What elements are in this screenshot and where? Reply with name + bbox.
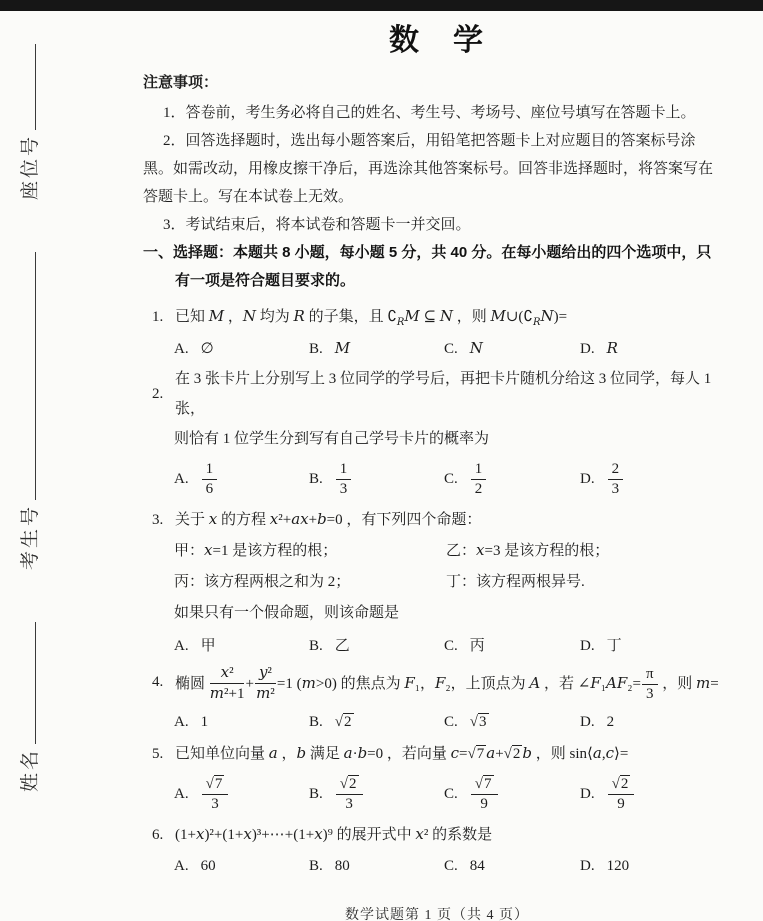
question-4-options: A.1 B.√2 C.√3 D.2 (174, 706, 731, 738)
question-2-stem-line2: 则恰有 1 位学生分到写有自己学号卡片的概率为 (174, 424, 489, 454)
notice-item-1: 1．答卷前，考生务必将自己的姓名、考生号、考场号、座位号填写在答题卡上。 (143, 99, 731, 127)
seat-number-field: 座位号 (18, 44, 44, 200)
option-b: B.乙 (309, 634, 444, 655)
question-2-number: 2. (152, 379, 175, 409)
question-3-propositions-row2: 丙：该方程两根之和为 2； 丁：该方程两根异号. (174, 567, 731, 598)
question-5-stem: 已知单位向量 a ，b 满足 a·b=0 ，若向量 c=√7a+√2b ，则 s… (175, 738, 628, 769)
question-1-number: 1. (152, 302, 175, 332)
question-5: 5.已知单位向量 a ，b 满足 a·b=0 ，若向量 c=√7a+√2b ，则… (143, 738, 731, 819)
option-c: C.N (444, 339, 580, 358)
question-3-closing: 如果只有一个假命题，则该命题是 (174, 598, 399, 628)
candidate-number-field: 考生号 (18, 252, 44, 570)
paper-content: 数 学 注意事项： 1．答卷前，考生务必将自己的姓名、考生号、考场号、座位号填写… (143, 13, 731, 921)
question-6-number: 6. (152, 820, 175, 850)
option-a: A.1 (174, 714, 309, 731)
question-3-number: 3. (152, 505, 175, 535)
option-d: D.R (580, 339, 731, 358)
question-3: 3.关于 x 的方程 x²+ax+b=0 ，有下列四个命题： 甲：x=1 是该方… (143, 504, 731, 660)
question-4: 4.椭圆 x²m²+1+y²m²=1 (m>0) 的焦点为 F₁，F₂，上顶点为… (143, 660, 731, 738)
question-2: 2.在 3 张卡片上分别写上 3 位同学的学号后，再把卡片随机分给这 3 位同学… (143, 364, 731, 504)
option-c: C.√3 (444, 714, 580, 731)
question-3-propositions-row1: 甲：x=1 是该方程的根； 乙：x=3 是该方程的根； (174, 535, 731, 567)
option-d: D.√29 (580, 776, 731, 811)
question-1: 1.已知 M ，N 均为 R 的子集，且 ∁RM ⊆ N ，则 M∪(∁RN)=… (143, 301, 731, 364)
option-a: A.16 (174, 461, 309, 496)
question-6-stem: (1+x)²+(1+x)³+⋯+(1+x)⁹ 的展开式中 x² 的系数是 (175, 819, 492, 850)
notice-item-2-line1: 2．回答选择题时，选出每小题答案后，用铅笔把答题卡上对应题目的答案标号涂 (143, 127, 731, 155)
question-4-stem: 椭圆 x²m²+1+y²m²=1 (m>0) 的焦点为 F₁，F₂，上顶点为 A… (175, 664, 719, 701)
top-rule (0, 0, 763, 11)
section-heading-line2: 有一项是符合题目要求的。 (143, 267, 731, 295)
option-d: D.120 (580, 858, 731, 875)
question-4-number: 4. (152, 674, 175, 691)
option-d: D.23 (580, 461, 731, 496)
seat-number-label: 座位号 (20, 134, 41, 200)
option-b: B.√2 (309, 714, 444, 731)
question-1-options: A.∅ B.M C.N D.R (174, 332, 731, 364)
section-heading-line1: 一、选择题：本题共 8 小题，每小题 5 分，共 40 分。在每小题给出的四个选… (143, 239, 731, 267)
question-2-stem-line1: 在 3 张卡片上分别写上 3 位同学的学号后，再把卡片随机分给这 3 位同学，每… (175, 364, 731, 424)
exam-paper-page: 座位号 考生号 姓名 数 学 注意事项： 1．答卷前，考生务必将自己的姓名、考生… (0, 0, 763, 921)
proposition-jia: 甲：x=1 是该方程的根； (174, 535, 446, 567)
option-c: C.84 (444, 858, 580, 875)
option-d: D.2 (580, 714, 731, 731)
option-c: C.丙 (444, 634, 580, 655)
option-b: B.13 (309, 461, 444, 496)
notice-heading: 注意事项： (143, 69, 731, 97)
question-6: 6.(1+x)²+(1+x)³+⋯+(1+x)⁹ 的展开式中 x² 的系数是 A… (143, 819, 731, 882)
name-label: 姓名 (20, 748, 41, 792)
option-a: A.√73 (174, 776, 309, 811)
option-b: B.M (309, 339, 444, 358)
option-a: A.∅ (174, 339, 309, 358)
seat-number-blank-line (21, 44, 36, 130)
option-b: B.√23 (309, 776, 444, 811)
notice-block: 注意事项： 1．答卷前，考生务必将自己的姓名、考生号、考场号、座位号填写在答题卡… (143, 69, 731, 239)
notice-item-2-line3: 答题卡上。写在本试卷上无效。 (143, 183, 731, 211)
question-2-options: A.16 B.13 C.12 D.23 (174, 454, 731, 504)
option-a: A.60 (174, 858, 309, 875)
question-3-stem: 关于 x 的方程 x²+ax+b=0 ，有下列四个命题： (175, 504, 481, 535)
notice-item-2-line2: 黑。如需改动，用橡皮擦干净后，再选涂其他答案标号。回答非选择题时，将答案写在 (143, 155, 731, 183)
name-field: 姓名 (18, 622, 44, 792)
candidate-number-blank-line (21, 252, 36, 500)
option-a: A.甲 (174, 634, 309, 655)
option-c: C.12 (444, 461, 580, 496)
question-5-number: 5. (152, 739, 175, 769)
option-b: B.80 (309, 858, 444, 875)
question-6-options: A.60 B.80 C.84 D.120 (174, 850, 731, 882)
proposition-ding: 丁：该方程两根异号. (446, 567, 731, 598)
question-1-stem: 已知 M ，N 均为 R 的子集，且 ∁RM ⊆ N ，则 M∪(∁RN)= (175, 301, 567, 332)
notice-item-3: 3．考试结束后，将本试卷和答题卡一并交回。 (143, 211, 731, 239)
proposition-bing: 丙：该方程两根之和为 2； (174, 567, 446, 598)
option-c: C.√79 (444, 776, 580, 811)
question-5-options: A.√73 B.√23 C.√79 D.√29 (174, 769, 731, 819)
page-footer: 数学试题第 1 页（共 4 页） (143, 904, 731, 921)
option-d: D.丁 (580, 634, 731, 655)
name-blank-line (21, 622, 36, 744)
question-3-options: A.甲 B.乙 C.丙 D.丁 (174, 628, 731, 660)
proposition-yi: 乙：x=3 是该方程的根； (446, 535, 731, 567)
candidate-number-label: 考生号 (20, 504, 41, 570)
paper-title: 数 学 (143, 15, 731, 59)
